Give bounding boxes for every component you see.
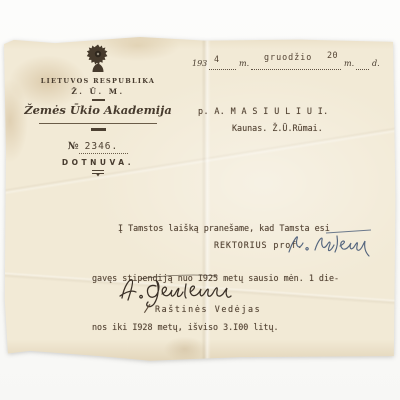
- secretary-title-row: /Raštinės Vedėjas: [104, 292, 261, 325]
- letterhead-country: LIETUVOS RESPUBLIKA: [24, 77, 172, 85]
- divider-dash: [91, 128, 106, 131]
- document-number: 2346.: [79, 141, 129, 154]
- date-m-label-2: m.: [344, 59, 354, 68]
- number-sign: №: [68, 141, 79, 152]
- date-year-typed: 4: [214, 54, 220, 64]
- vytis-coat-of-arms-icon: [86, 44, 110, 73]
- date-d-label: d.: [372, 59, 380, 68]
- addressee-address: Kaunas. Ž.Ū.Rūmai.: [232, 123, 323, 133]
- paper-sheet: LIETUVOS RESPUBLIKA Ž. Ū. M. Žemės Ūkio …: [4, 36, 397, 362]
- secretary-title: Raštinės Vedėjas: [155, 304, 261, 314]
- letterhead-rule: [39, 123, 157, 124]
- date-month-typed: gruodžio: [264, 52, 312, 62]
- date-line: 193 4 m. gruodžio 20 m. d.: [188, 50, 383, 74]
- document-photo: LIETUVOS RESPUBLIKA Ž. Ū. M. Žemės Ūkio …: [0, 0, 400, 400]
- paper-surface: LIETUVOS RESPUBLIKA Ž. Ū. M. Žemės Ūkio …: [4, 36, 397, 362]
- date-m-label: m.: [239, 59, 249, 68]
- date-blank-month: [251, 68, 341, 70]
- date-blank-year: [209, 68, 236, 70]
- divider-dash: [92, 99, 105, 101]
- addressee-name: p. A. M A S I U L I U I.: [198, 106, 329, 116]
- letterhead: LIETUVOS RESPUBLIKA Ž. Ū. M. Žemės Ūkio …: [24, 44, 172, 174]
- date-blank-day: [356, 68, 369, 70]
- letterhead-place: DOTNUVA.: [24, 158, 172, 167]
- date-year-printed: 193: [192, 59, 207, 68]
- date-day-typed: 20: [327, 50, 338, 60]
- letterhead-institution: Žemės Ūkio Akademija: [24, 103, 172, 117]
- rector-signature: [284, 226, 374, 266]
- secretary-slash: /: [143, 302, 151, 316]
- letterhead-ministry: Ž. Ū. M.: [24, 87, 172, 96]
- document-number-row: №2346.: [24, 134, 172, 154]
- letterhead-ornament: [92, 170, 104, 174]
